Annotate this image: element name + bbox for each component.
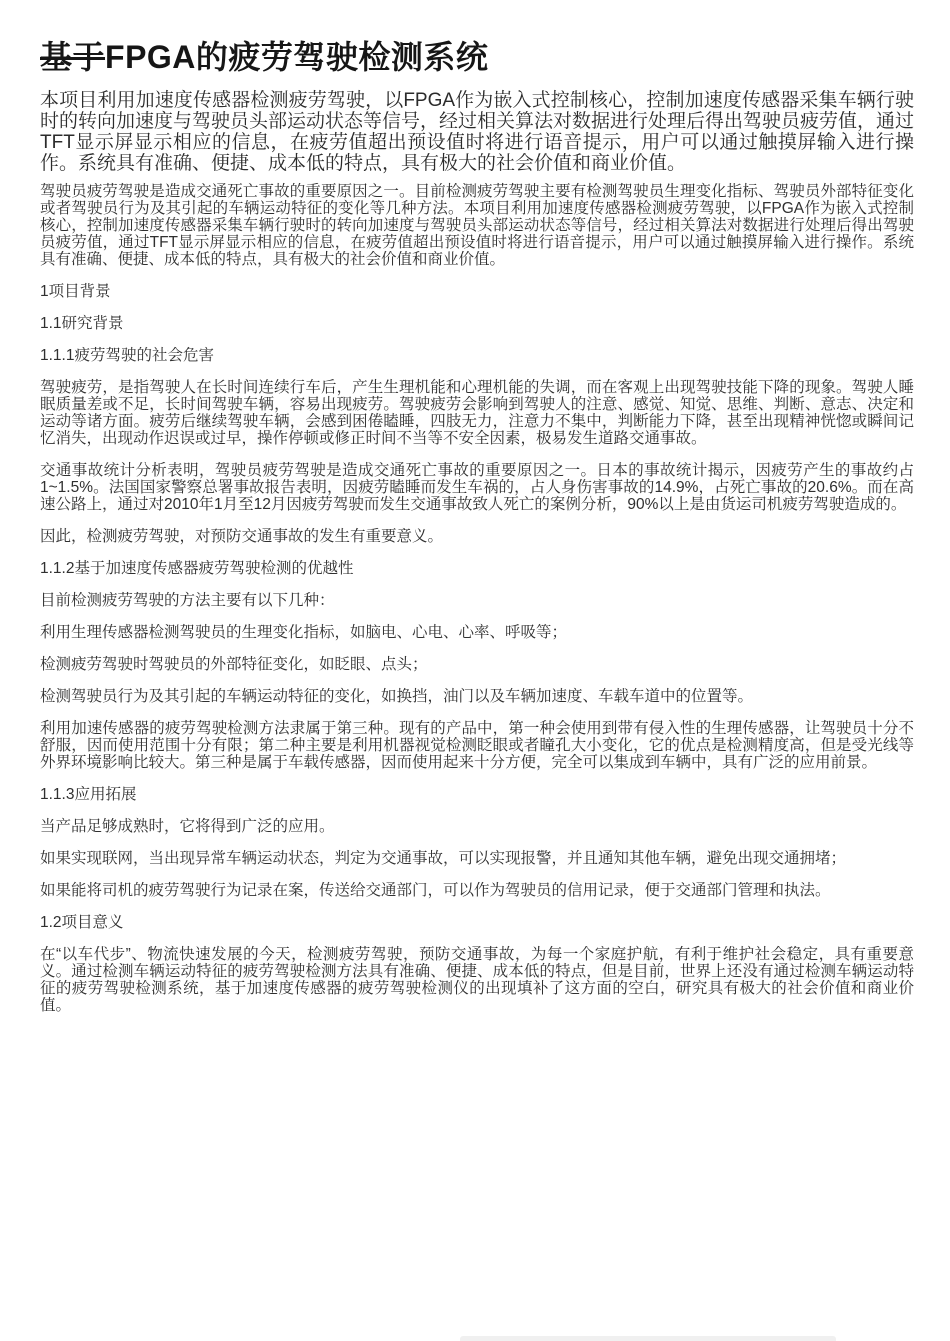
paragraph: 驾驶疲劳，是指驾驶人在长时间连续行车后，产生生理机能和心理机能的失调，而在客观上… bbox=[40, 379, 914, 447]
paragraph: 目前检测疲劳驾驶的方法主要有以下几种： bbox=[40, 592, 914, 609]
paragraph: 在“以车代步”、物流快速发展的今天，检测疲劳驾驶，预防交通事故，为每一个家庭护航… bbox=[40, 946, 914, 1014]
document-page: 基于FPGA的疲劳驾驶检测系统 本项目利用加速度传感器检测疲劳驾驶，以FPGA作… bbox=[0, 0, 950, 1014]
lead-paragraph: 本项目利用加速度传感器检测疲劳驾驶，以FPGA作为嵌入式控制核心，控制加速度传感… bbox=[40, 90, 914, 174]
paragraph: 利用生理传感器检测驾驶员的生理变化指标，如脑电、心电、心率、呼吸等； bbox=[40, 624, 914, 641]
paragraph: 如果实现联网，当出现异常车辆运动状态，判定为交通事故，可以实现报警，并且通知其他… bbox=[40, 850, 914, 867]
bottom-overlay-edge bbox=[460, 1336, 836, 1341]
paragraph: 利用加速传感器的疲劳驾驶检测方法隶属于第三种。现有的产品中，第一种会使用到带有侵… bbox=[40, 720, 914, 771]
document-title-struck-text: 基于 bbox=[40, 39, 105, 75]
document-title: 基于FPGA的疲劳驾驶检测系统 bbox=[40, 36, 914, 78]
paragraph: 因此，检测疲劳驾驶，对预防交通事故的发生有重要意义。 bbox=[40, 528, 914, 545]
paragraph: 检测驾驶员行为及其引起的车辆运动特征的变化，如换挡，油门以及车辆加速度、车载车道… bbox=[40, 688, 914, 705]
paragraph: 检测疲劳驾驶时驾驶员的外部特征变化，如眨眼、点头； bbox=[40, 656, 914, 673]
document-body: 驾驶员疲劳驾驶是造成交通死亡事故的重要原因之一。目前检测疲劳驾驶主要有检测驾驶员… bbox=[40, 183, 914, 1014]
section-heading: 1.1.1疲劳驾驶的社会危害 bbox=[40, 347, 914, 364]
section-heading: 1.1.2基于加速度传感器疲劳驾驶检测的优越性 bbox=[40, 560, 914, 577]
paragraph: 如果能将司机的疲劳驾驶行为记录在案，传送给交通部门，可以作为驾驶员的信用记录，便… bbox=[40, 882, 914, 899]
paragraph: 驾驶员疲劳驾驶是造成交通死亡事故的重要原因之一。目前检测疲劳驾驶主要有检测驾驶员… bbox=[40, 183, 914, 268]
section-heading: 1.1研究背景 bbox=[40, 315, 914, 332]
paragraph: 交通事故统计分析表明，驾驶员疲劳驾驶是造成交通死亡事故的重要原因之一。日本的事故… bbox=[40, 462, 914, 513]
document-title-text: FPGA的疲劳驾驶检测系统 bbox=[105, 39, 488, 75]
section-heading: 1.1.3应用拓展 bbox=[40, 786, 914, 803]
section-heading: 1项目背景 bbox=[40, 283, 914, 300]
paragraph: 当产品足够成熟时，它将得到广泛的应用。 bbox=[40, 818, 914, 835]
section-heading: 1.2项目意义 bbox=[40, 914, 914, 931]
